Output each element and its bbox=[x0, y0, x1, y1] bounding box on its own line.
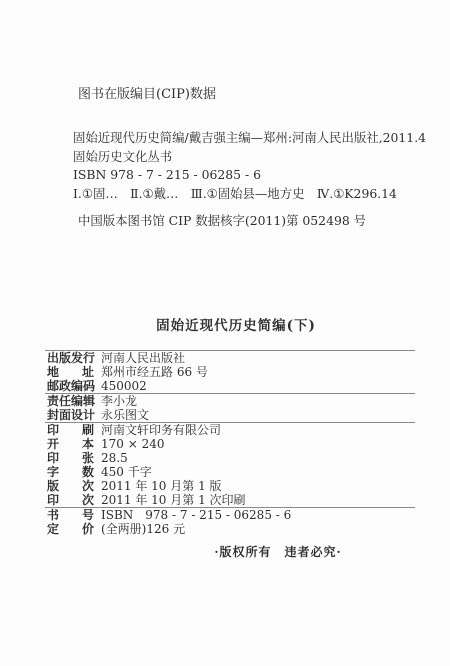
colophon-label: 印刷 bbox=[47, 423, 94, 437]
colophon-label: 封面设计 bbox=[47, 408, 94, 422]
book-copyright-page: 图书在版编目(CIP)数据 固始近现代历史简编/戴吉强主编—郑州:河南人民出版社… bbox=[0, 0, 450, 666]
colophon-row: 版次2011 年 10 月第 1 版 bbox=[45, 479, 415, 493]
colophon-label: 责任编辑 bbox=[47, 394, 94, 408]
cip-record-number: 中国版本图书馆 CIP 数据核字(2011)第 052498 号 bbox=[78, 211, 366, 229]
colophon-label: 定价 bbox=[47, 522, 94, 536]
colophon-row: 地址郑州市经五路 66 号 bbox=[45, 365, 415, 379]
colophon-value: 28.5 bbox=[101, 451, 128, 465]
colophon-value: 河南文轩印务有限公司 bbox=[101, 423, 221, 437]
colophon-value: (全两册)126 元 bbox=[101, 522, 185, 536]
colophon-value: 永乐图文 bbox=[101, 408, 149, 422]
colophon-value: 450002 bbox=[101, 379, 147, 393]
colophon-row: 封面设计永乐图文 bbox=[45, 408, 415, 422]
cip-description-block: 固始近现代历史简编/戴吉强主编—郑州:河南人民出版社,2011.4 固始历史文化… bbox=[73, 129, 426, 203]
colophon-row: 邮政编码450002 bbox=[45, 379, 415, 393]
colophon-value: 170 × 240 bbox=[101, 437, 165, 451]
colophon-group-printing: 印刷河南文轩印务有限公司 开本170 × 240 印张28.5 字数450 千字… bbox=[45, 422, 415, 507]
cip-series-line: 固始历史文化丛书 bbox=[73, 148, 426, 167]
colophon-value: 2011 年 10 月第 1 次印刷 bbox=[101, 493, 246, 507]
copyright-notice: ·版权所有 违者必究· bbox=[158, 543, 398, 560]
colophon-row: 责任编辑李小龙 bbox=[45, 394, 415, 408]
colophon-label: 地址 bbox=[47, 365, 94, 379]
colophon-row: 字数450 千字 bbox=[45, 465, 415, 479]
colophon-row: 定价(全两册)126 元 bbox=[45, 522, 415, 536]
colophon-row: 书号ISBN 978 - 7 - 215 - 06285 - 6 bbox=[45, 508, 415, 522]
colophon-label: 字数 bbox=[47, 465, 94, 479]
cip-title-line: 固始近现代历史简编/戴吉强主编—郑州:河南人民出版社,2011.4 bbox=[73, 129, 426, 148]
colophon-label: 出版发行 bbox=[47, 351, 94, 365]
colophon-value: 河南人民出版社 bbox=[101, 351, 185, 365]
colophon-row: 印次2011 年 10 月第 1 次印刷 bbox=[45, 493, 415, 507]
colophon-label: 邮政编码 bbox=[47, 379, 94, 393]
cip-classification-line: Ⅰ.①固… Ⅱ.①戴… Ⅲ.①固始县—地方史 Ⅳ.①K296.14 bbox=[73, 185, 426, 204]
book-title: 固始近现代历史简编(下) bbox=[45, 314, 427, 334]
colophon-label: 开本 bbox=[47, 437, 94, 451]
colophon-row: 印刷河南文轩印务有限公司 bbox=[45, 423, 415, 437]
colophon-row: 出版发行河南人民出版社 bbox=[45, 351, 415, 365]
colophon-group-isbn-price: 书号ISBN 978 - 7 - 215 - 06285 - 6 定价(全两册)… bbox=[45, 507, 415, 536]
colophon-label: 书号 bbox=[47, 508, 94, 522]
colophon-value: 郑州市经五路 66 号 bbox=[101, 365, 208, 379]
colophon-label: 版次 bbox=[47, 479, 94, 493]
colophon-group-editors: 责任编辑李小龙 封面设计永乐图文 bbox=[45, 393, 415, 422]
cip-header: 图书在版编目(CIP)数据 bbox=[78, 83, 216, 102]
colophon-group-publisher: 出版发行河南人民出版社 地址郑州市经五路 66 号 邮政编码450002 bbox=[45, 350, 415, 393]
colophon-row: 开本170 × 240 bbox=[45, 437, 415, 451]
colophon-value: 450 千字 bbox=[101, 465, 152, 479]
colophon-label: 印张 bbox=[47, 451, 94, 465]
colophon-table: 出版发行河南人民出版社 地址郑州市经五路 66 号 邮政编码450002 责任编… bbox=[45, 350, 415, 536]
colophon-row: 印张28.5 bbox=[45, 451, 415, 465]
colophon-value: 2011 年 10 月第 1 版 bbox=[101, 479, 222, 493]
colophon-value: 李小龙 bbox=[101, 394, 137, 408]
colophon-label: 印次 bbox=[47, 493, 94, 507]
cip-isbn-line: ISBN 978 - 7 - 215 - 06285 - 6 bbox=[73, 166, 426, 185]
colophon-value: ISBN 978 - 7 - 215 - 06285 - 6 bbox=[101, 508, 291, 522]
